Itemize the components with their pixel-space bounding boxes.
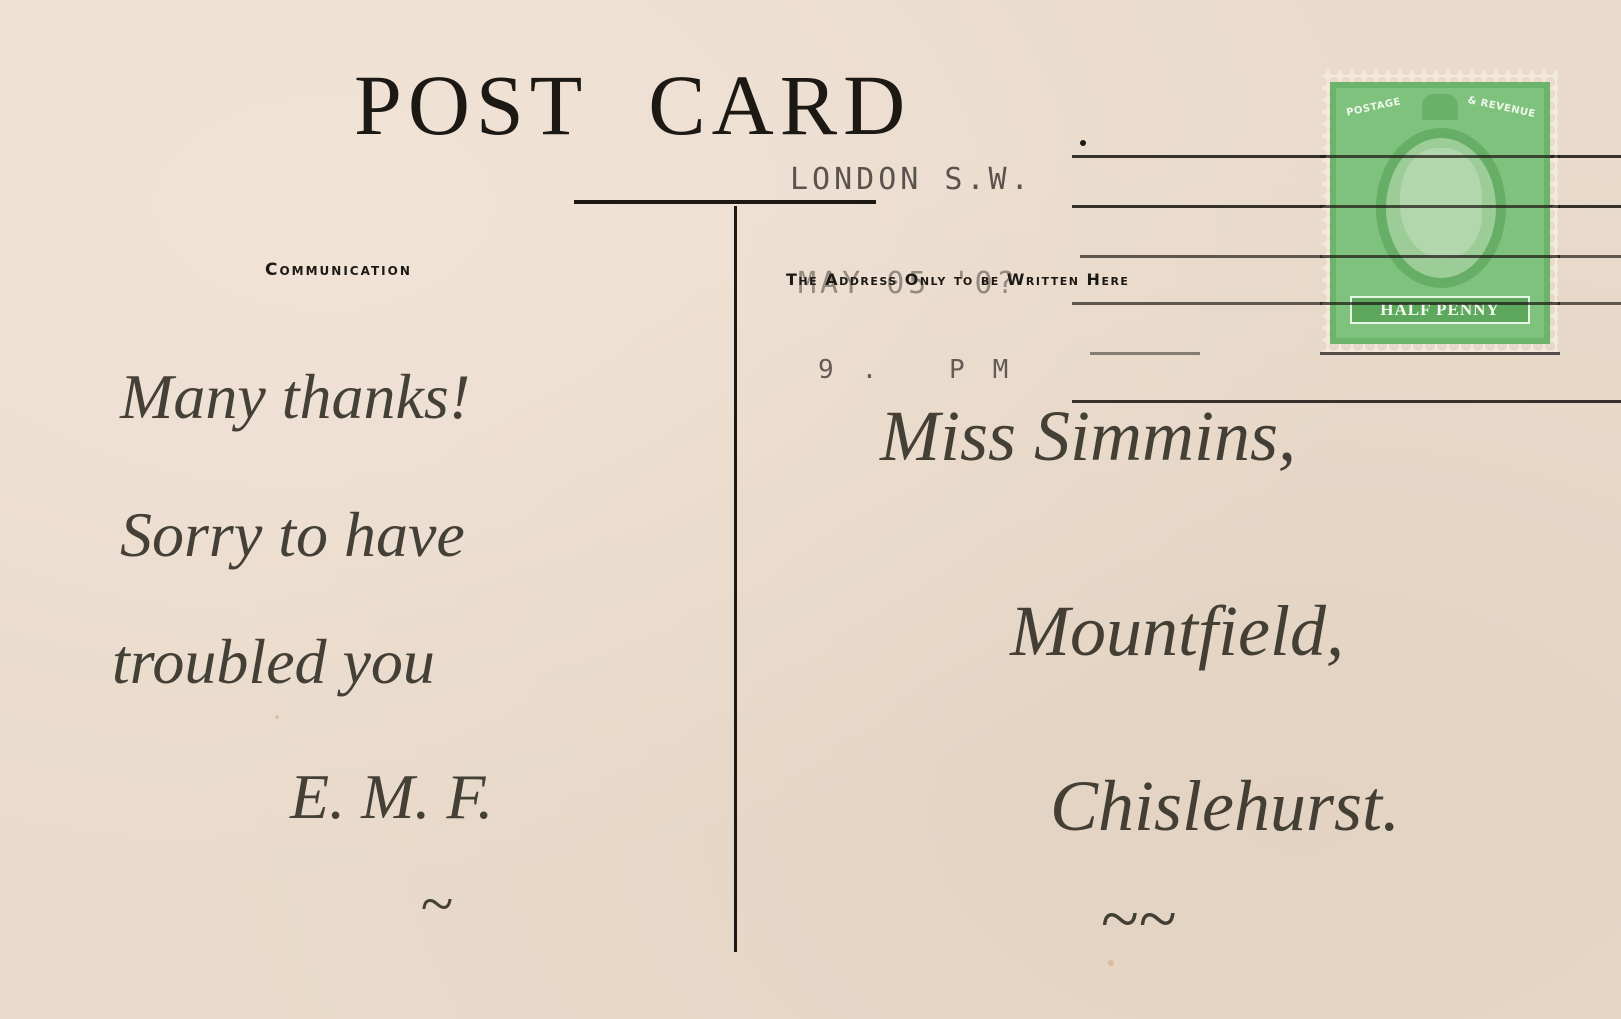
message-line: Sorry to have	[120, 498, 465, 572]
postmark-date: MAY 05 '0?	[798, 266, 1019, 301]
stamp-postage-label: POSTAGE	[1345, 96, 1401, 118]
crown-icon	[1422, 94, 1458, 120]
address-line: Mountfield,	[1010, 590, 1344, 673]
stamp-value: HALF PENNY	[1350, 296, 1530, 324]
foxing-spot	[275, 715, 279, 719]
postcard-title: POST CARD	[354, 62, 911, 148]
postmark-city: LONDON S.W.	[790, 162, 1033, 197]
cancel-line-over-stamp	[1320, 302, 1560, 305]
cancel-line-over-stamp	[1320, 255, 1560, 258]
cancel-line-over-stamp	[1320, 205, 1560, 208]
center-divider	[734, 206, 737, 952]
postmark-time: 9. PM	[818, 355, 1036, 385]
foxing-spot	[1108, 960, 1114, 966]
communication-heading: Communication	[265, 260, 412, 280]
title-period	[1080, 140, 1086, 146]
king-portrait-icon	[1400, 148, 1482, 258]
cancel-line-over-stamp	[1320, 352, 1560, 355]
divider-top-bar	[574, 200, 876, 204]
address-line: Chislehurst.	[1050, 765, 1400, 848]
signature: E. M. F.	[290, 760, 493, 834]
stamp-revenue-label: & REVENUE	[1466, 95, 1536, 120]
message-line: Many thanks!	[120, 360, 470, 434]
address-underline: ~~	[1100, 880, 1176, 960]
message-line: troubled you	[112, 625, 435, 699]
address-line: Miss Simmins,	[880, 395, 1296, 478]
cancel-line-over-stamp	[1320, 155, 1560, 158]
postcard: POST CARD Communication The Address Only…	[0, 0, 1621, 1019]
signature-flourish: ~	[420, 870, 452, 939]
cancel-line	[1090, 352, 1200, 355]
